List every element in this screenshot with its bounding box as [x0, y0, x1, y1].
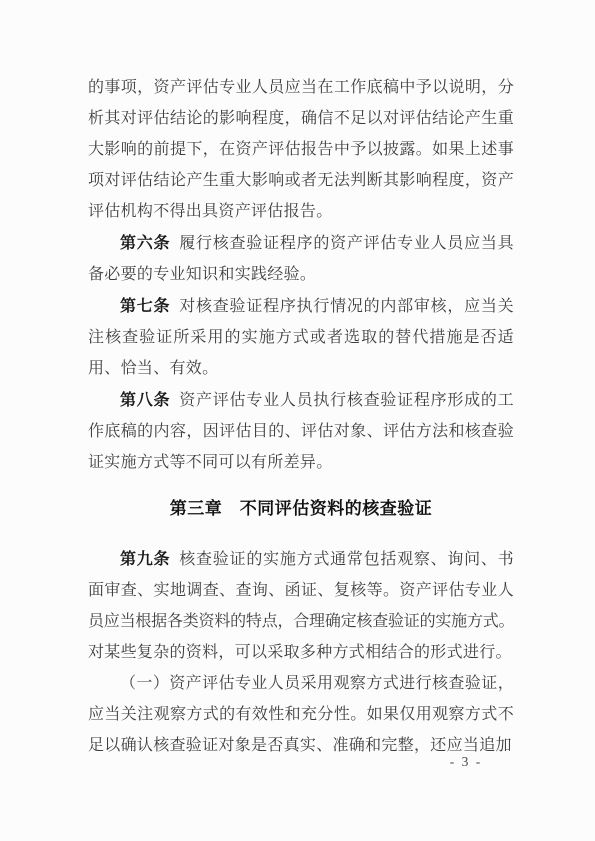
text-line: 作底稿的内容，因评估目的、评估对象、评估方法和核查验: [88, 416, 514, 447]
article-7-text: 对核查验证程序执行情况的内部审核，应当关: [179, 298, 514, 315]
text-line: 第六条履行核查验证程序的资产评估专业人员应当具: [88, 227, 514, 259]
text-line: 项对评估结论产生重大影响或者无法判断其影响程度，资产: [88, 165, 514, 196]
paragraph-article-9: 第九条核查验证的实施方式通常包括观察、询问、书 面审查、实地调查、查询、函证、复…: [88, 543, 514, 668]
text-line: 面审查、实地调查、查询、函证、复核等。资产评估专业人: [88, 575, 514, 606]
chapter-heading: 第三章 不同评估资料的核查验证: [88, 494, 514, 525]
paragraph-item-1: （一）资产评估专业人员采用观察方式进行核查验证， 应当关注观察方式的有效性和充分…: [88, 668, 514, 761]
article-6-label: 第六条: [120, 233, 179, 252]
text-line: （一）资产评估专业人员采用观察方式进行核查验证，: [88, 668, 514, 699]
text-line: 员应当根据各类资料的特点，合理确定核查验证的实施方式。: [88, 606, 514, 637]
text-line: 注核查验证所采用的实施方式或者选取的替代措施是否适: [88, 322, 514, 353]
document-body: 的事项，资产评估专业人员应当在工作底稿中予以说明，分 析其对评估结论的影响程度，…: [88, 72, 514, 761]
text-line: 析其对评估结论的影响程度，确信不足以对评估结论产生重: [88, 103, 514, 134]
article-9-label: 第九条: [120, 549, 179, 568]
article-8-label: 第八条: [120, 390, 179, 409]
article-7-label: 第七条: [120, 296, 179, 315]
text-line: 证实施方式等不同可以有所差异。: [88, 447, 514, 478]
text-line: 应当关注观察方式的有效性和充分性。如果仅用观察方式不: [88, 699, 514, 730]
paragraph-continuation: 的事项，资产评估专业人员应当在工作底稿中予以说明，分 析其对评估结论的影响程度，…: [88, 72, 514, 227]
text-line: 第九条核查验证的实施方式通常包括观察、询问、书: [88, 543, 514, 575]
text-line: 对某些复杂的资料，可以采取多种方式相结合的形式进行。: [88, 637, 514, 668]
text-line: 大影响的前提下，在资产评估报告中予以披露。如果上述事: [88, 134, 514, 165]
text-line: 评估机构不得出具资产评估报告。: [88, 196, 514, 227]
text-line: 的事项，资产评估专业人员应当在工作底稿中予以说明，分: [88, 72, 514, 103]
article-6-text: 履行核查验证程序的资产评估专业人员应当具: [179, 235, 514, 252]
text-line: 第七条对核查验证程序执行情况的内部审核，应当关: [88, 290, 514, 322]
article-8-text: 资产评估专业人员执行核查验证程序形成的工: [179, 392, 514, 409]
text-line: 备必要的专业知识和实践经验。: [88, 259, 514, 290]
paragraph-article-6: 第六条履行核查验证程序的资产评估专业人员应当具 备必要的专业知识和实践经验。: [88, 227, 514, 290]
article-9-text: 核查验证的实施方式通常包括观察、询问、书: [179, 551, 514, 568]
page-number: - 3 -: [444, 753, 488, 771]
text-line: 用、恰当、有效。: [88, 353, 514, 384]
paragraph-article-7: 第七条对核查验证程序执行情况的内部审核，应当关 注核查验证所采用的实施方式或者选…: [88, 290, 514, 384]
paragraph-article-8: 第八条资产评估专业人员执行核查验证程序形成的工 作底稿的内容，因评估目的、评估对…: [88, 384, 514, 478]
document-page: 的事项，资产评估专业人员应当在工作底稿中予以说明，分 析其对评估结论的影响程度，…: [0, 0, 595, 841]
text-line: 第八条资产评估专业人员执行核查验证程序形成的工: [88, 384, 514, 416]
